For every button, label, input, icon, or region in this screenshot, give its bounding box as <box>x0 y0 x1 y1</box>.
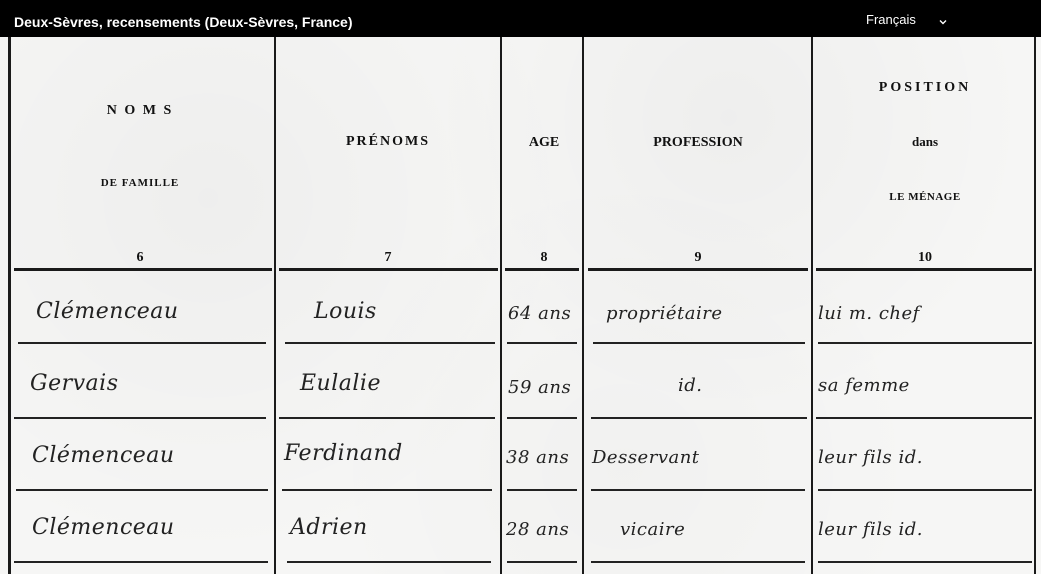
language-label: Français <box>866 12 916 27</box>
chevron-down-icon <box>938 15 948 25</box>
column-rule <box>8 37 11 574</box>
header-de-famille: DE FAMILLE <box>60 177 220 189</box>
header-position: POSITION <box>830 80 1020 96</box>
row-rule <box>507 342 577 344</box>
row-rule <box>591 417 807 419</box>
header-rule <box>816 268 1032 271</box>
header-rule <box>505 268 579 271</box>
cell-position: leur fils id. <box>818 447 923 468</box>
cell-prenom: Adrien <box>290 515 368 540</box>
row-rule <box>287 561 491 563</box>
row-rule <box>593 342 805 344</box>
cell-age: 38 ans <box>506 447 569 468</box>
header-prenoms: PRÉNOMS <box>300 134 476 150</box>
row-rule <box>818 342 1032 344</box>
cell-nom: Gervais <box>30 371 118 396</box>
cell-profession: id. <box>678 375 703 396</box>
column-rule <box>1034 37 1036 574</box>
cell-position: leur fils id. <box>818 519 923 540</box>
census-image-viewer[interactable]: N O M S DE FAMILLE 6 PRÉNOMS 7 AGE 8 PRO… <box>0 37 1041 574</box>
row-rule <box>14 561 268 563</box>
cell-profession: propriétaire <box>606 303 722 324</box>
language-selector[interactable]: Français <box>866 12 948 27</box>
row-rule <box>279 417 495 419</box>
cell-prenom: Eulalie <box>300 371 381 396</box>
row-rule <box>507 561 577 563</box>
cell-position: sa femme <box>818 375 910 396</box>
collection-title: Deux-Sèvres, recensements (Deux-Sèvres, … <box>14 14 353 30</box>
header-profession: PROFESSION <box>600 135 796 151</box>
row-rule <box>818 561 1032 563</box>
row-rule <box>14 417 266 419</box>
cell-age: 59 ans <box>508 377 571 398</box>
cell-profession: Desservant <box>592 447 700 468</box>
header-number-8: 8 <box>524 250 564 266</box>
header-rule <box>279 268 498 271</box>
row-rule <box>285 342 495 344</box>
cell-prenom: Ferdinand <box>284 441 403 466</box>
row-rule <box>591 561 805 563</box>
top-bar: Deux-Sèvres, recensements (Deux-Sèvres, … <box>0 0 1041 37</box>
cell-age: 28 ans <box>506 519 569 540</box>
column-rule <box>274 37 276 574</box>
column-rule <box>582 37 584 574</box>
header-number-7: 7 <box>368 250 408 266</box>
cell-nom: Clémenceau <box>32 515 175 540</box>
cell-age: 64 ans <box>508 303 571 324</box>
row-rule <box>818 489 1032 491</box>
cell-nom: Clémenceau <box>36 299 179 324</box>
row-rule <box>507 489 577 491</box>
row-rule <box>816 417 1032 419</box>
column-rule <box>811 37 813 574</box>
header-rule <box>588 268 808 271</box>
header-dans: dans <box>880 134 970 150</box>
row-rule <box>282 489 492 491</box>
header-noms: N O M S <box>80 103 200 119</box>
row-rule <box>16 489 268 491</box>
header-le-menage: LE MÉNAGE <box>850 191 1000 203</box>
header-number-6: 6 <box>120 250 160 266</box>
header-number-9: 9 <box>678 250 718 266</box>
cell-nom: Clémenceau <box>32 443 175 468</box>
row-rule <box>18 342 266 344</box>
header-age: AGE <box>504 135 584 151</box>
cell-profession: vicaire <box>620 519 685 540</box>
header-rule <box>14 268 272 271</box>
cell-position: lui m. chef <box>818 303 920 324</box>
header-number-10: 10 <box>905 250 945 266</box>
column-rule <box>500 37 502 574</box>
row-rule <box>591 489 805 491</box>
cell-prenom: Louis <box>314 299 377 324</box>
row-rule <box>507 417 577 419</box>
